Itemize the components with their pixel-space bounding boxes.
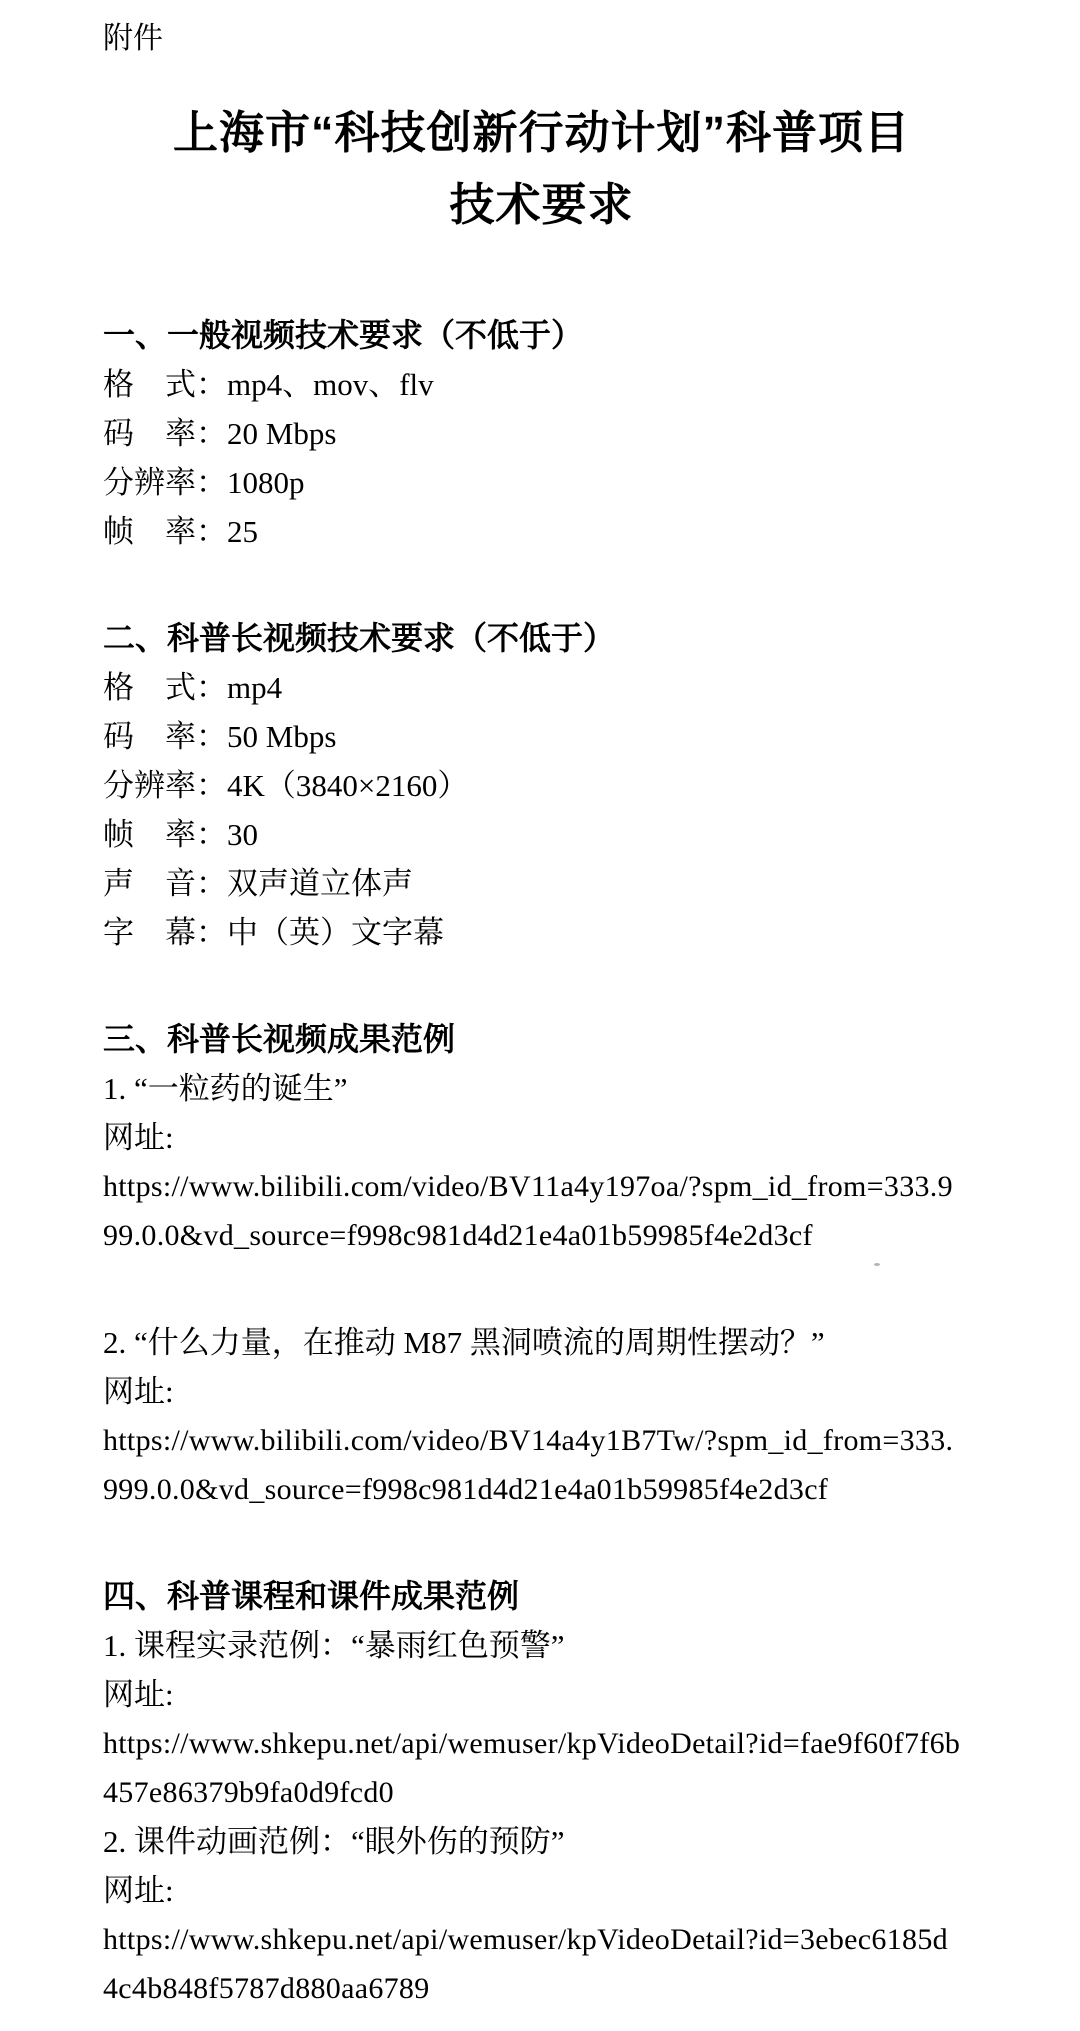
document-title: 上海市“科技创新行动计划”科普项目 技术要求: [103, 97, 980, 241]
section-course-examples: 四、科普课程和课件成果范例 1. 课程实录范例：“暴雨红色预警” 网址: htt…: [103, 1572, 980, 2013]
spec-row: 分辨率：4K（3840×2160）: [103, 761, 980, 810]
spec-row: 帧 率：25: [103, 507, 980, 556]
spec-value: 20 Mbps: [227, 409, 336, 458]
url-label: 网址:: [103, 1866, 980, 1915]
attachment-label: 附件: [103, 14, 980, 63]
example-item: 2. “什么力量，在推动 M87 黑洞喷流的周期性摆动？” 网址: https:…: [103, 1318, 980, 1514]
url-line-1: https://www.shkepu.net/api/wemuser/kpVid…: [103, 1915, 980, 1964]
spec-row: 码 率：50 Mbps: [103, 712, 980, 761]
url-line-2: 4c4b848f5787d880aa6789: [103, 1964, 980, 2013]
spec-row: 码 率：20 Mbps: [103, 409, 980, 458]
document-page: 附件 上海市“科技创新行动计划”科普项目 技术要求 一、一般视频技术要求（不低于…: [0, 0, 1080, 2031]
spec-label: 声 音：: [103, 859, 227, 908]
url-line-2: 999.0.0&vd_source=f998c981d4d21e4a01b599…: [103, 1465, 980, 1514]
spec-value: 1080p: [227, 458, 305, 507]
spec-row: 格 式：mp4: [103, 663, 980, 712]
spec-label: 分辨率：: [103, 761, 227, 810]
section-heading: 一、一般视频技术要求（不低于）: [103, 311, 980, 360]
spec-value: 双声道立体声: [227, 859, 413, 908]
url-line-2: 457e86379b9fa0d9fcd0: [103, 1768, 980, 1817]
spec-label: 帧 率：: [103, 810, 227, 859]
section-general-video-specs: 一、一般视频技术要求（不低于） 格 式：mp4、mov、flv 码 率：20 M…: [103, 311, 980, 556]
example-title: 1. “一粒药的诞生”: [103, 1064, 980, 1113]
document-title-line-2: 技术要求: [103, 169, 980, 241]
spec-value: mp4、mov、flv: [227, 360, 434, 409]
spec-row: 字 幕：中（英）文字幕: [103, 908, 980, 957]
document-title-line-1: 上海市“科技创新行动计划”科普项目: [103, 97, 980, 169]
spec-row: 分辨率：1080p: [103, 458, 980, 507]
example-item: 1. 课程实录范例：“暴雨红色预警” 网址: https://www.shkep…: [103, 1621, 980, 1817]
spec-row: 帧 率：30: [103, 810, 980, 859]
example-title: 2. 课件动画范例：“眼外伤的预防”: [103, 1817, 980, 1866]
url-label: 网址:: [103, 1367, 980, 1416]
example-title: 1. 课程实录范例：“暴雨红色预警”: [103, 1621, 980, 1670]
spec-value: 中（英）文字幕: [227, 908, 444, 957]
spec-label: 分辨率：: [103, 458, 227, 507]
spec-row: 声 音：双声道立体声: [103, 859, 980, 908]
url-label: 网址:: [103, 1113, 980, 1162]
url-line-1: https://www.bilibili.com/video/BV14a4y1B…: [103, 1416, 980, 1465]
url-line-2: 99.0.0&vd_source=f998c981d4d21e4a01b5998…: [103, 1211, 980, 1260]
section-long-video-examples: 三、科普长视频成果范例 1. “一粒药的诞生” 网址: https://www.…: [103, 1015, 980, 1514]
spec-value: mp4: [227, 663, 282, 712]
spec-value: 50 Mbps: [227, 712, 336, 761]
spec-row: 格 式：mp4、mov、flv: [103, 360, 980, 409]
url-line-1: https://www.shkepu.net/api/wemuser/kpVid…: [103, 1719, 980, 1768]
spec-label: 帧 率：: [103, 507, 227, 556]
spec-label: 码 率：: [103, 712, 227, 761]
url-line-1: https://www.bilibili.com/video/BV11a4y19…: [103, 1162, 980, 1211]
example-item: 1. “一粒药的诞生” 网址: https://www.bilibili.com…: [103, 1064, 980, 1260]
example-item: 2. 课件动画范例：“眼外伤的预防” 网址: https://www.shkep…: [103, 1817, 980, 2013]
example-title: 2. “什么力量，在推动 M87 黑洞喷流的周期性摆动？”: [103, 1318, 980, 1367]
spec-label: 字 幕：: [103, 908, 227, 957]
spec-value: 4K（3840×2160）: [227, 761, 468, 810]
section-heading: 四、科普课程和课件成果范例: [103, 1572, 980, 1621]
section-heading: 二、科普长视频技术要求（不低于）: [103, 614, 980, 663]
scan-speck-dot: [874, 1263, 880, 1266]
section-long-video-specs: 二、科普长视频技术要求（不低于） 格 式：mp4 码 率：50 Mbps 分辨率…: [103, 614, 980, 957]
spec-label: 码 率：: [103, 409, 227, 458]
url-label: 网址:: [103, 1670, 980, 1719]
spec-value: 25: [227, 507, 258, 556]
spec-label: 格 式：: [103, 663, 227, 712]
section-heading: 三、科普长视频成果范例: [103, 1015, 980, 1064]
spec-value: 30: [227, 810, 258, 859]
spec-label: 格 式：: [103, 360, 227, 409]
